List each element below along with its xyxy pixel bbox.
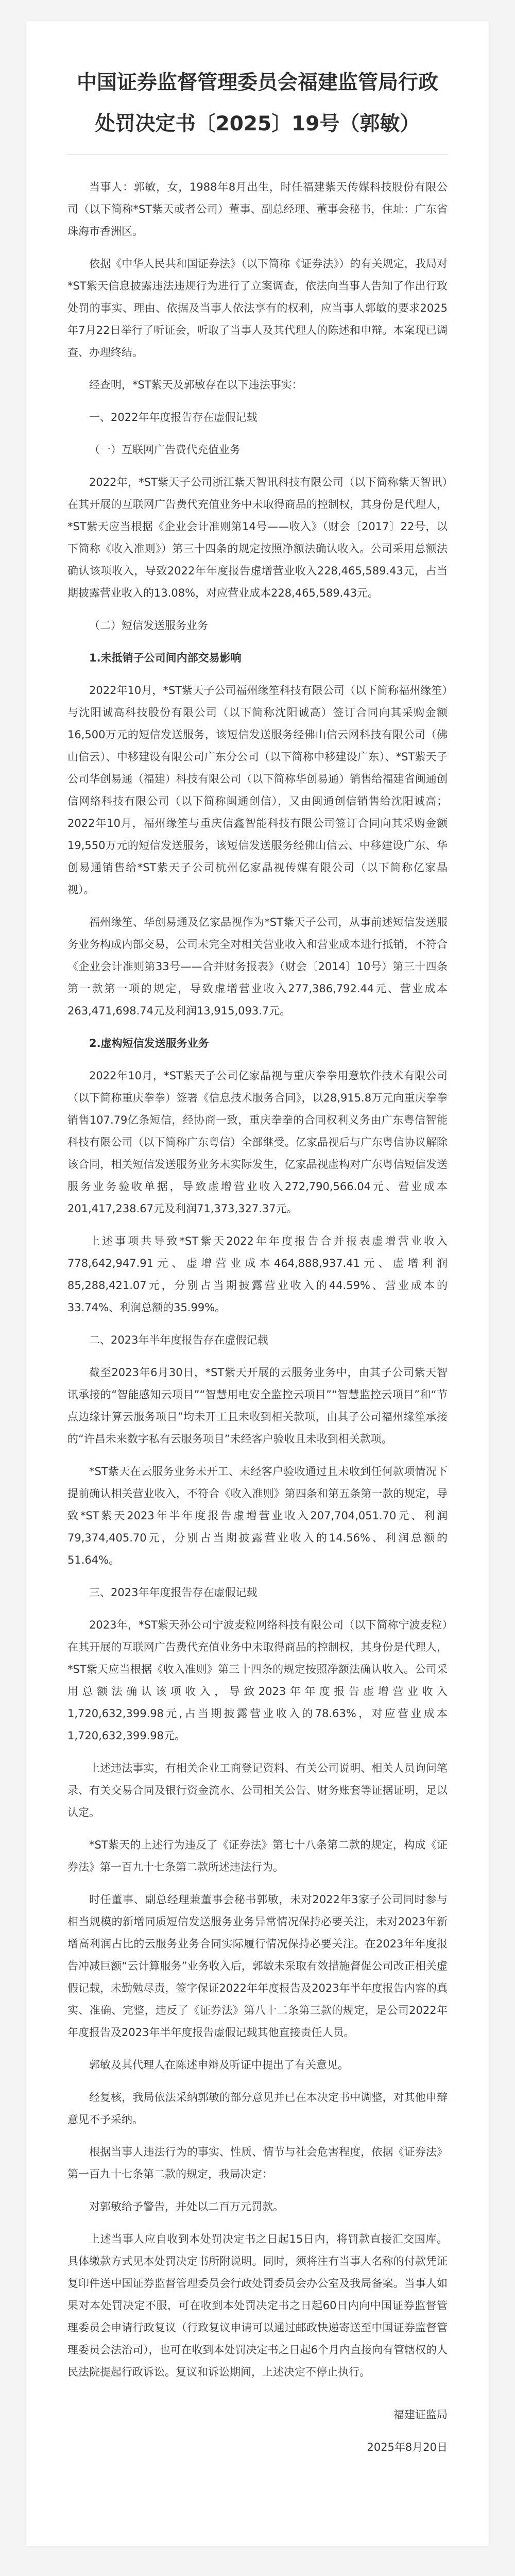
bold-heading-1: 1.未抵销子公司间内部交易影响: [67, 647, 448, 669]
document-body: 当事人：郭敏，女，1988年8月出生，时任福建紫天传媒科技股份有限公司（以下简称…: [67, 176, 448, 2383]
section-heading-2: 二、2023年半年度报告存在虚假记载: [67, 1329, 448, 1351]
document-title: 中国证券监督管理委员会福建监管局行政处罚决定书〔2025〕19号（郭敏）: [67, 62, 448, 145]
paragraph-violation: *ST紫天的上述行为违反了《证券法》第七十八条第二款的规定，构成《证券法》第一百…: [67, 1834, 448, 1878]
paragraph: 2023年，*ST紫天孙公司宁波麦粒网络科技有限公司（以下简称宁波麦粒）在其开展…: [67, 1614, 448, 1747]
paragraph-party: 当事人：郭敏，女，1988年8月出生，时任福建紫天传媒科技股份有限公司（以下简称…: [67, 176, 448, 243]
paragraph: 福州缘笙、华创易通及亿家晶视作为*ST紫天子公司，从事前述短信发送服务业务构成内…: [67, 911, 448, 1022]
paragraph: 2022年10月，*ST紫天子公司福州缘笙科技有限公司（以下简称福州缘笙）与沈阳…: [67, 680, 448, 901]
subsection-heading-1-1: （一）互联网广告费代充值业务: [67, 439, 448, 461]
paragraph: *ST紫天在云服务业务未开工、未经客户验收通过且未收到任何款项情况下提前确认相关…: [67, 1461, 448, 1571]
document-card: 中国证券监督管理委员会福建监管局行政处罚决定书〔2025〕19号（郭敏） 当事人…: [26, 21, 489, 2546]
issuer-signature: 福建证监局: [67, 2404, 448, 2426]
paragraph: 2022年，*ST紫天子公司浙江紫天智讯科技有限公司（以下简称紫天智讯）在其开展…: [67, 471, 448, 604]
section-heading-3: 三、2023年年度报告存在虚假记载: [67, 1582, 448, 1604]
paragraph-defense: 郭敏及其代理人在陈述申辩及听证中提出了有关意见。: [67, 2054, 448, 2076]
paragraph-evidence: 上述违法事实，有相关企业工商登记资料、有关公司说明、相关人员询问笔录、有关交易合…: [67, 1757, 448, 1824]
paragraph: 截至2023年6月30日，*ST紫天开展的云服务业务中，由其子公司紫天智讯承接的…: [67, 1362, 448, 1450]
paragraph-basis: 依据《中华人民共和国证券法》（以下简称《证券法》）的有关规定，我局对*ST紫天信…: [67, 253, 448, 364]
issue-date: 2025年8月20日: [67, 2436, 448, 2459]
paragraph-payment-appeal: 上述当事人应自收到本处罚决定书之日起15日内，将罚款直接汇交国库。具体缴款方式见…: [67, 2228, 448, 2383]
paragraph: 上述事项共导致*ST紫天2022年年度报告合并报表虚增营业收入778,642,9…: [67, 1230, 448, 1319]
page-bottom-space: [0, 2546, 515, 2560]
subsection-heading-1-2: （二）短信发送服务业务: [67, 615, 448, 637]
paragraph-decision-basis: 根据当事人违法行为的事实、性质、情节与社会危害程度，依据《证券法》第一百九十七条…: [67, 2141, 448, 2185]
paragraph-responsibility: 时任董事、副总经理兼董事会秘书郭敏，未对2022年3家子公司同时参与相当规模的新…: [67, 1889, 448, 2044]
paragraph: 2022年10月，*ST紫天子公司亿家晶视与重庆拳拳用意软件技术有限公司（以下简…: [67, 1065, 448, 1220]
title-divider: [67, 154, 448, 155]
paragraph-review: 经复核，我局依法采纳郭敏的部分意见并已在本决定书中调整，对其他申辩意见不予采纳。: [67, 2087, 448, 2131]
bold-heading-2: 2.虚构短信发送服务业务: [67, 1032, 448, 1055]
paragraph-findings-intro: 经查明，*ST紫天及郭敏存在以下违法事实：: [67, 374, 448, 396]
section-heading-1: 一、2022年年度报告存在虚假记载: [67, 406, 448, 429]
paragraph-penalty: 对郭敏给予警告，并处以二百万元罚款。: [67, 2196, 448, 2218]
